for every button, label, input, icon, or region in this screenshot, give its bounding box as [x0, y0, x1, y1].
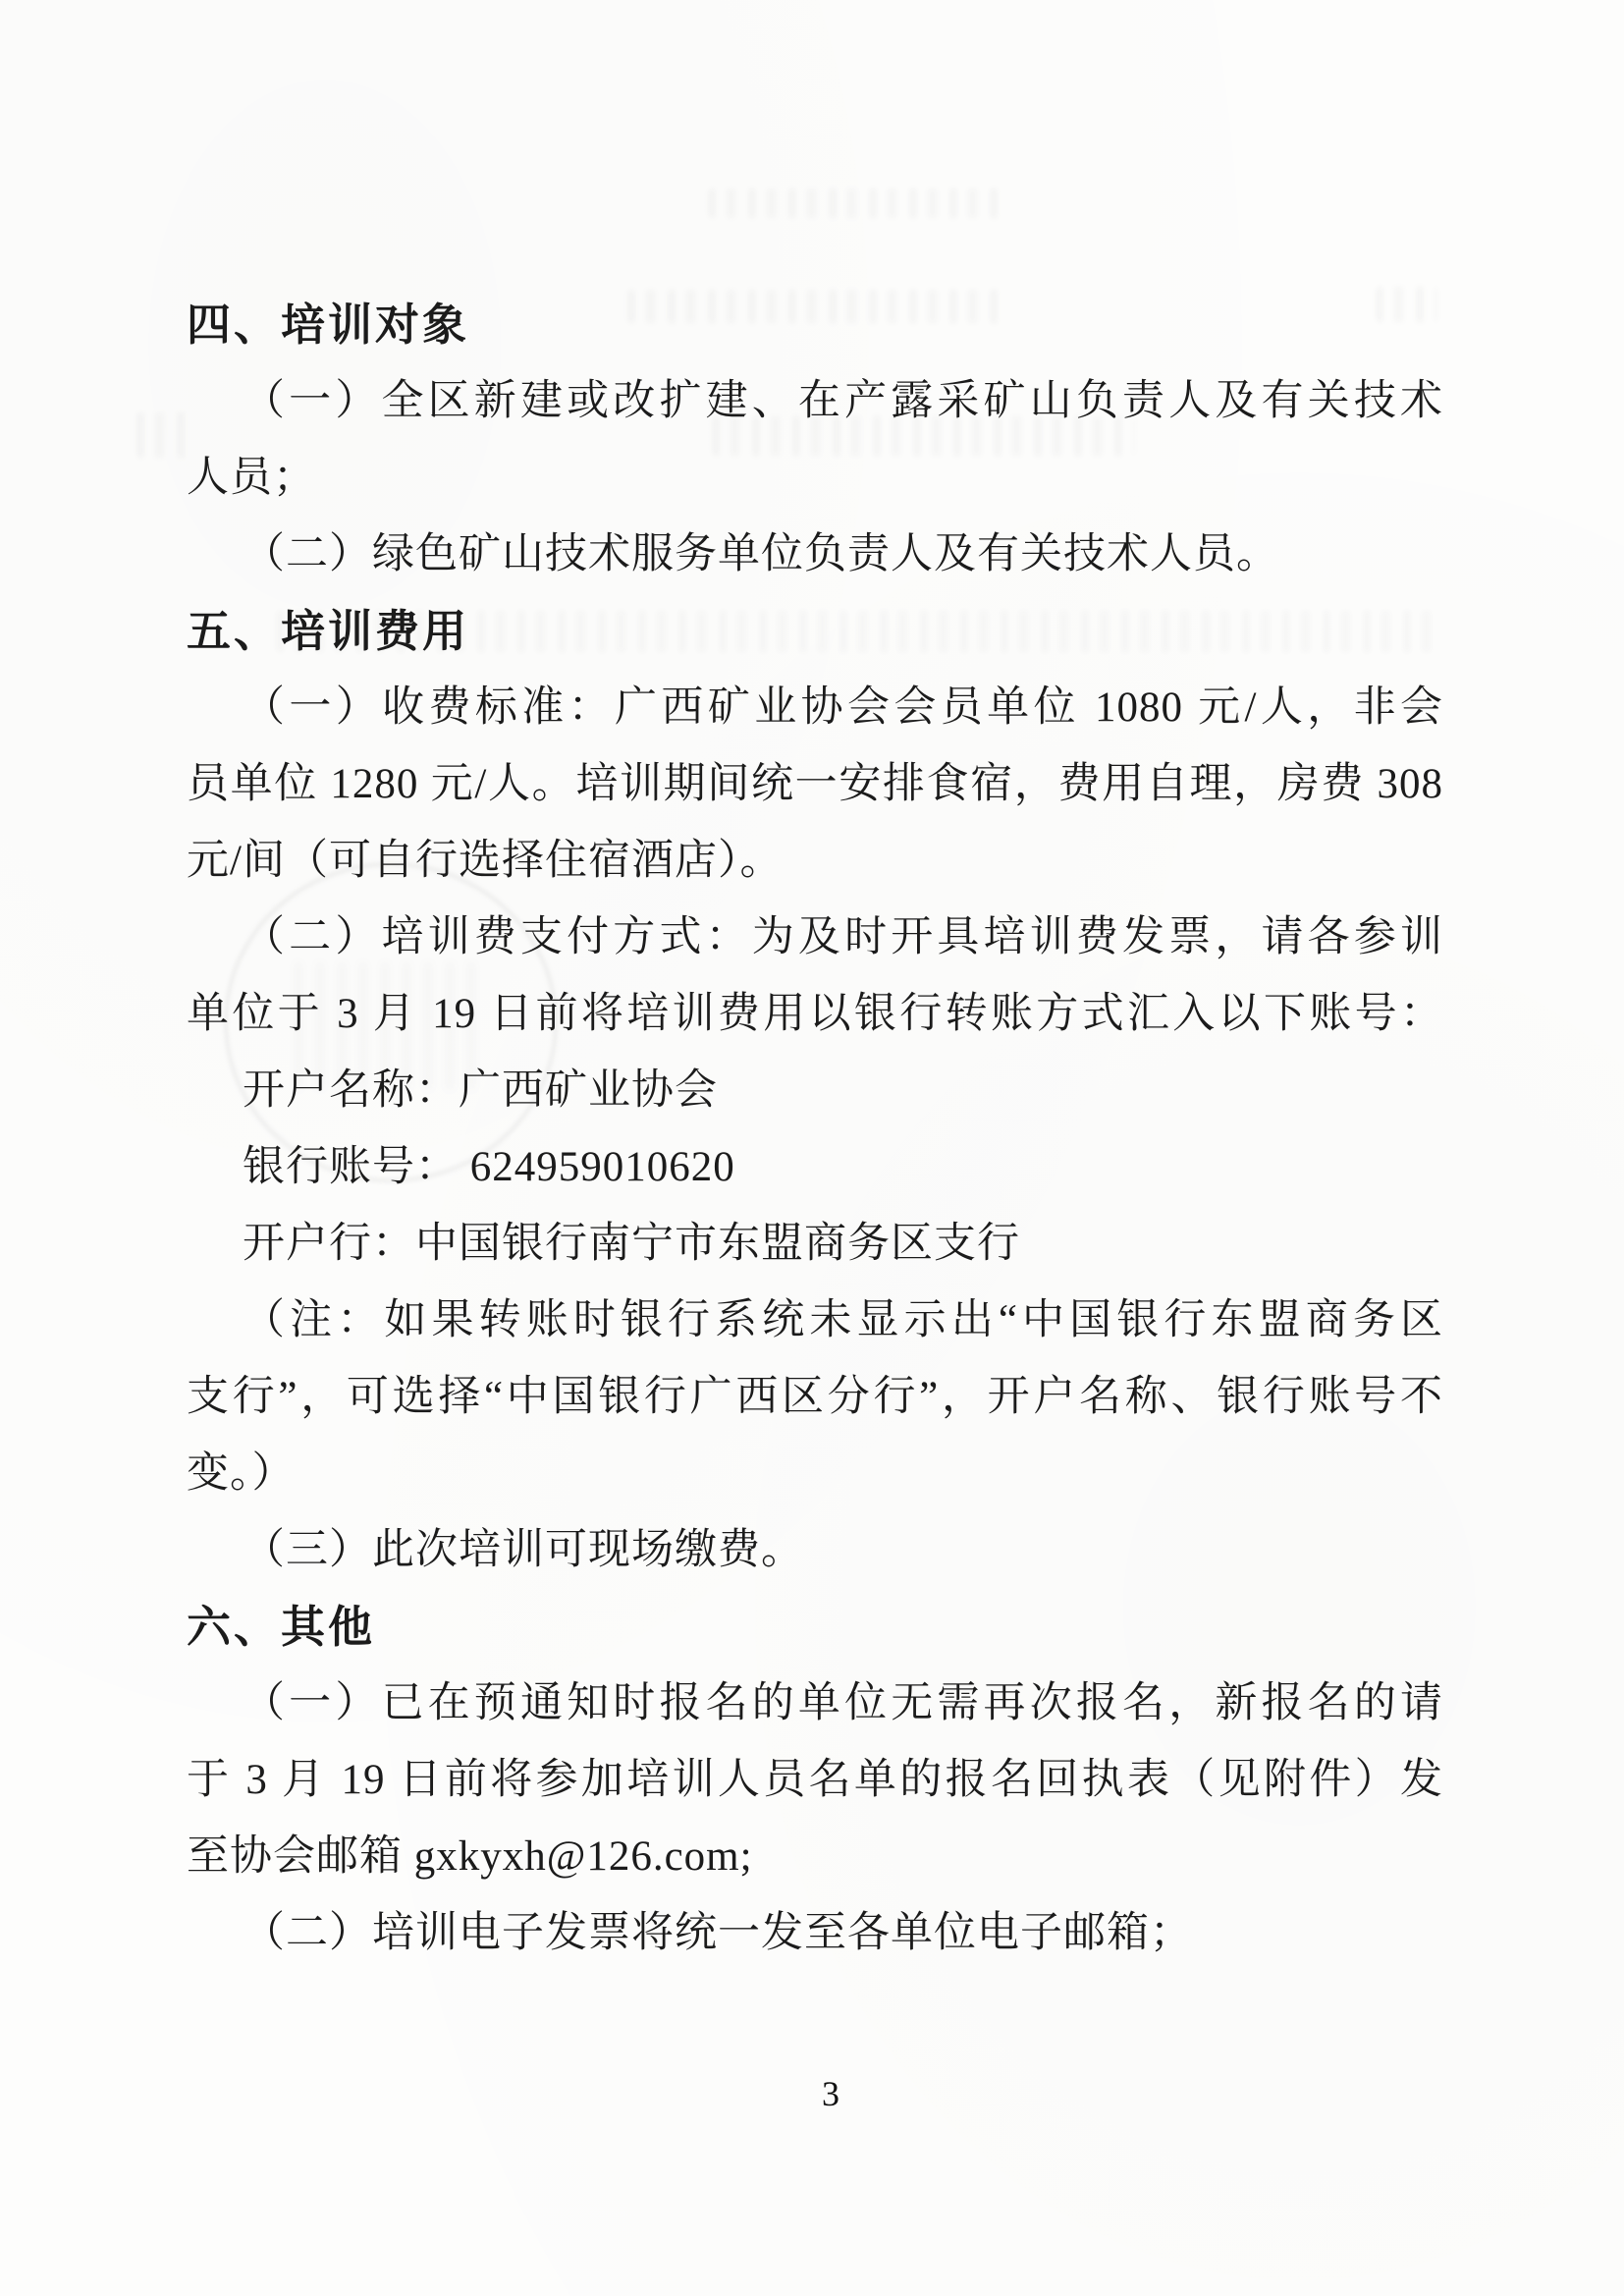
scanned-document-page: 四、培训对象（一）全区新建或改扩建、在产露采矿山负责人及有关技术人员；（二）绿色… — [0, 0, 1624, 2296]
text-line: 银行账号： 624959010620 — [187, 1129, 1443, 1206]
text-line: （二）培训费支付方式：为及时开具培训费发票，请各参训 — [187, 900, 1443, 976]
text-line: （一）已在预通知时报名的单位无需再次报名，新报名的请 — [187, 1666, 1443, 1742]
document-body: 四、培训对象（一）全区新建或改扩建、在产露采矿山负责人及有关技术人员；（二）绿色… — [187, 287, 1443, 1972]
text-line: 人员； — [187, 440, 1443, 517]
text-line: （一）全区新建或改扩建、在产露采矿山负责人及有关技术 — [187, 363, 1443, 440]
text-line: （注：如果转账时银行系统未显示出“中国银行东盟商务区 — [187, 1283, 1443, 1359]
section-heading: 四、培训对象 — [187, 287, 1443, 363]
text-line: 变。） — [187, 1436, 1443, 1512]
section-heading: 五、培训费用 — [187, 593, 1443, 670]
text-line: 支行”，可选择“中国银行广西区分行”，开户名称、银行账号不 — [187, 1359, 1443, 1436]
text-line: （三）此次培训可现场缴费。 — [187, 1512, 1443, 1589]
text-line: 元/间（可自行选择住宿酒店）。 — [187, 823, 1443, 900]
bleedthrough-smudge — [137, 412, 189, 458]
text-line: （二）培训电子发票将统一发至各单位电子邮箱； — [187, 1895, 1443, 1972]
text-line: 单位于 3 月 19 日前将培训费用以银行转账方式汇入以下账号： — [187, 976, 1443, 1053]
page-number: 3 — [0, 2070, 1624, 2117]
text-line: （二）绿色矿山技术服务单位负责人及有关技术人员。 — [187, 517, 1443, 593]
section-heading: 六、其他 — [187, 1589, 1443, 1666]
text-line: 员单位 1280 元/人。培训期间统一安排食宿，费用自理，房费 308 — [187, 746, 1443, 823]
text-line: （一）收费标准：广西矿业协会会员单位 1080 元/人，非会 — [187, 670, 1443, 746]
text-line: 开户名称：广西矿业协会 — [187, 1053, 1443, 1129]
text-line: 于 3 月 19 日前将参加培训人员名单的报名回执表（见附件）发 — [187, 1742, 1443, 1819]
text-line: 开户行：中国银行南宁市东盟商务区支行 — [187, 1206, 1443, 1283]
bleedthrough-smudge — [709, 189, 1003, 218]
text-line: 至协会邮箱 gxkyxh@126.com; — [187, 1819, 1443, 1895]
